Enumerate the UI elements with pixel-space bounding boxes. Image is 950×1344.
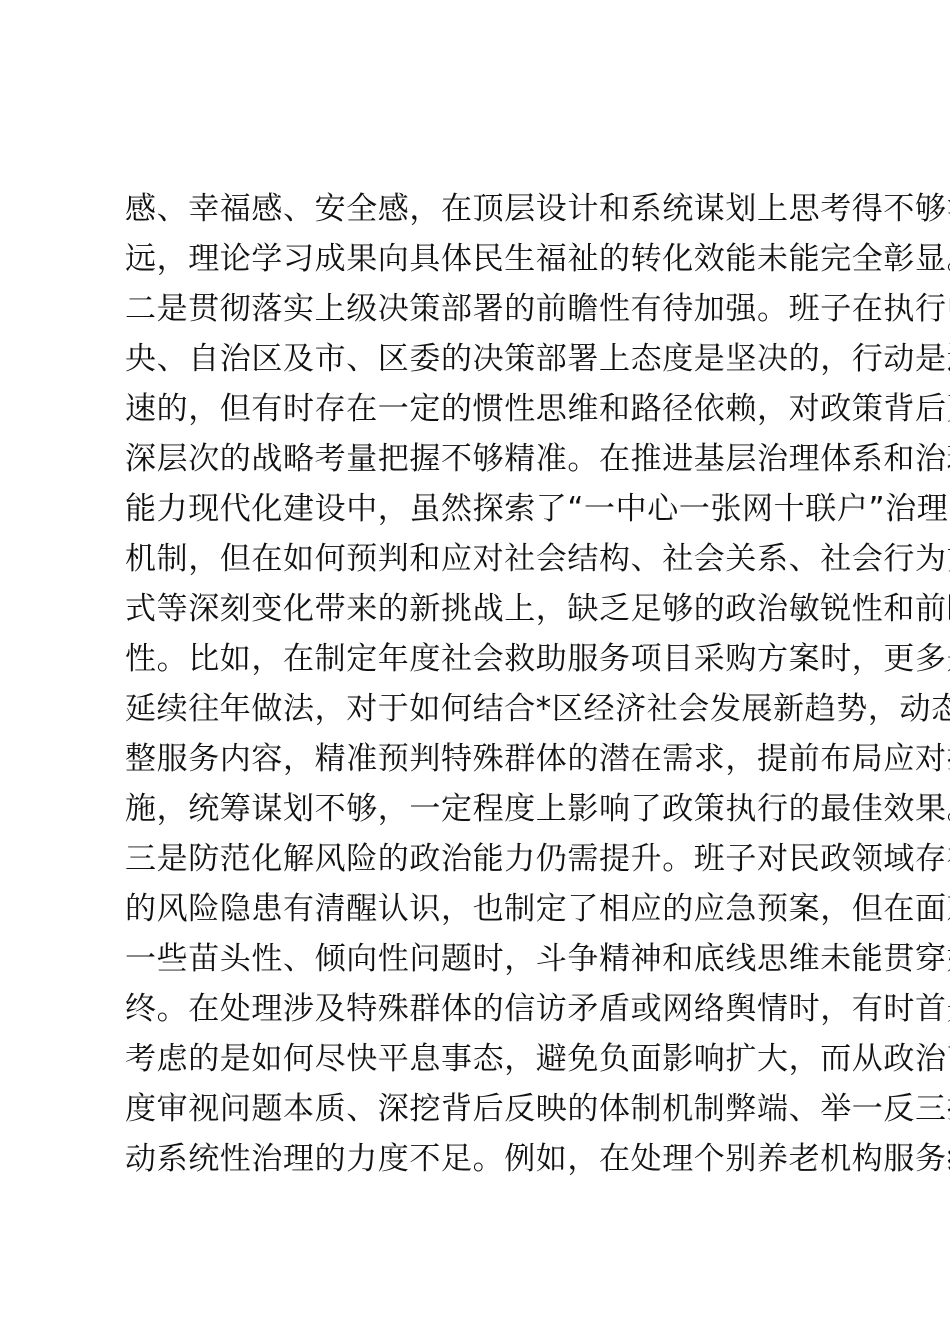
text-line: 的风险隐患有清醒认识，也制定了相应的应急预案，但在面对 [125, 884, 835, 934]
text-line: 式等深刻变化带来的新挑战上，缺乏足够的政治敏锐性和前瞻 [125, 584, 835, 634]
text-line: 性。比如，在制定年度社会救助服务项目采购方案时，更多是 [125, 634, 835, 684]
text-line: 感、幸福感、安全感，在顶层设计和系统谋划上思考得不够深 [125, 184, 835, 234]
document-page: 感、幸福感、安全感，在顶层设计和系统谋划上思考得不够深 远，理论学习成果向具体民… [0, 0, 950, 1344]
text-line: 整服务内容，精准预判特殊群体的潜在需求，提前布局应对措 [125, 734, 835, 784]
body-text: 感、幸福感、安全感，在顶层设计和系统谋划上思考得不够深 远，理论学习成果向具体民… [125, 184, 835, 1184]
text-line: 机制，但在如何预判和应对社会结构、社会关系、社会行为方 [125, 534, 835, 584]
text-line: 终。在处理涉及特殊群体的信访矛盾或网络舆情时，有时首先 [125, 984, 835, 1034]
text-line: 延续往年做法，对于如何结合*区经济社会发展新趋势，动态调 [125, 684, 835, 734]
text-line: 施，统筹谋划不够，一定程度上影响了政策执行的最佳效果。 [125, 784, 835, 834]
text-line: 度审视问题本质、深挖背后反映的体制机制弊端、举一反三推 [125, 1084, 835, 1134]
text-line: 二是贯彻落实上级决策部署的前瞻性有待加强。班子在执行中 [125, 284, 835, 334]
text-line: 能力现代化建设中，虽然探索了“一中心一张网十联户”治理 [125, 484, 835, 534]
text-line: 远，理论学习成果向具体民生福祉的转化效能未能完全彰显。 [125, 234, 835, 284]
text-line: 动系统性治理的力度不足。例如，在处理个别养老机构服务纠 [125, 1134, 835, 1184]
text-line: 一些苗头性、倾向性问题时，斗争精神和底线思维未能贯穿始 [125, 934, 835, 984]
text-line: 央、自治区及市、区委的决策部署上态度是坚决的，行动是迅 [125, 334, 835, 384]
text-line: 三是防范化解风险的政治能力仍需提升。班子对民政领域存在 [125, 834, 835, 884]
text-line: 深层次的战略考量把握不够精准。在推进基层治理体系和治理 [125, 434, 835, 484]
text-line: 考虑的是如何尽快平息事态，避免负面影响扩大，而从政治高 [125, 1034, 835, 1084]
text-line: 速的，但有时存在一定的惯性思维和路径依赖，对政策背后更 [125, 384, 835, 434]
